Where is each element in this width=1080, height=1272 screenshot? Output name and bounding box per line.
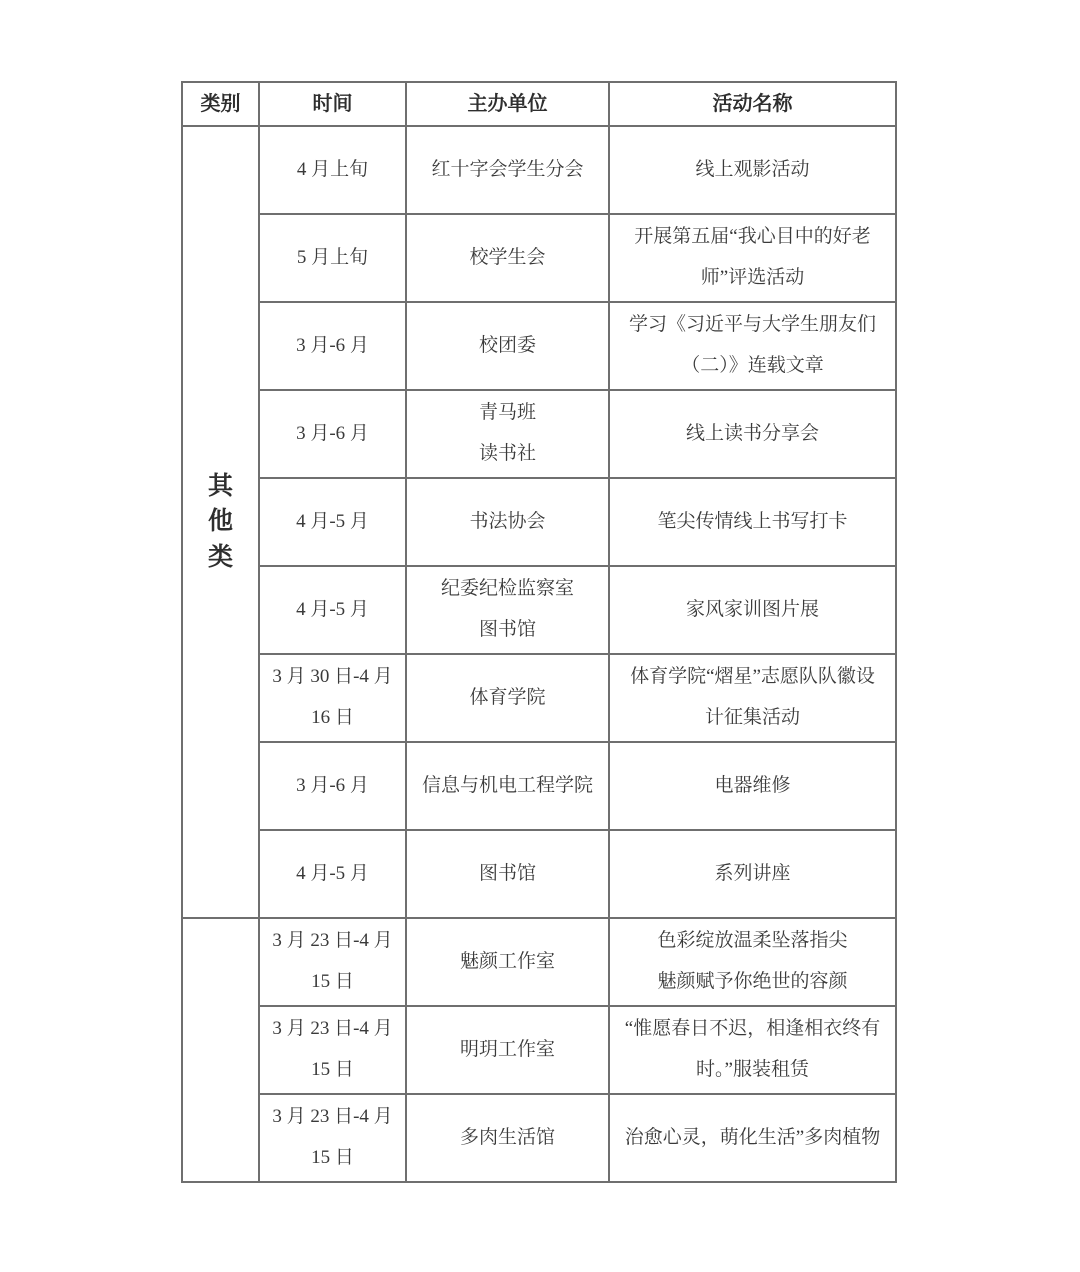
header-activity: 活动名称 — [609, 82, 896, 126]
cell-organizer: 多肉生活馆 — [406, 1094, 609, 1182]
cell-organizer: 信息与机电工程学院 — [406, 742, 609, 830]
activity-schedule-table-wrap: 类别 时间 主办单位 活动名称 其他类 4 月上旬 红十字会学生分会 线上观影活… — [181, 81, 897, 1183]
cell-organizer: 书法协会 — [406, 478, 609, 566]
cell-organizer: 魅颜工作室 — [406, 918, 609, 1006]
cell-organizer: 图书馆 — [406, 830, 609, 918]
header-time: 时间 — [259, 82, 406, 126]
header-category: 类别 — [182, 82, 259, 126]
cell-activity: 家风家训图片展 — [609, 566, 896, 654]
table-row: 3 月 23 日-4 月 15 日 明玥工作室 “惟愿春日不迟，相逢相衣终有 时… — [182, 1006, 896, 1094]
table-row: 3 月-6 月 校团委 学习《习近平与大学生朋友们 （二）》连载文章 — [182, 302, 896, 390]
category-cell-other: 其他类 — [182, 126, 259, 918]
cell-activity: 电器维修 — [609, 742, 896, 830]
category-cell-empty — [182, 918, 259, 1182]
table-row: 4 月-5 月 图书馆 系列讲座 — [182, 830, 896, 918]
cell-organizer: 校学生会 — [406, 214, 609, 302]
table-row: 5 月上旬 校学生会 开展第五届“我心目中的好老 师”评选活动 — [182, 214, 896, 302]
cell-organizer: 明玥工作室 — [406, 1006, 609, 1094]
cell-activity: 系列讲座 — [609, 830, 896, 918]
category-label: 其他类 — [207, 469, 235, 576]
table-row: 3 月-6 月 信息与机电工程学院 电器维修 — [182, 742, 896, 830]
cell-time: 4 月上旬 — [259, 126, 406, 214]
cell-time: 4 月-5 月 — [259, 830, 406, 918]
cell-organizer: 青马班 读书社 — [406, 390, 609, 478]
header-organizer: 主办单位 — [406, 82, 609, 126]
cell-activity: 开展第五届“我心目中的好老 师”评选活动 — [609, 214, 896, 302]
cell-organizer: 体育学院 — [406, 654, 609, 742]
table-row: 4 月-5 月 纪委纪检监察室 图书馆 家风家训图片展 — [182, 566, 896, 654]
table-row: 3 月 23 日-4 月 15 日 多肉生活馆 治愈心灵，萌化生活”多肉植物 — [182, 1094, 896, 1182]
cell-time: 3 月 23 日-4 月 15 日 — [259, 1006, 406, 1094]
table-row: 3 月 30 日-4 月 16 日 体育学院 体育学院“熠星”志愿队队徽设 计征… — [182, 654, 896, 742]
cell-activity: 线上读书分享会 — [609, 390, 896, 478]
cell-activity: 线上观影活动 — [609, 126, 896, 214]
cell-time: 4 月-5 月 — [259, 478, 406, 566]
cell-time: 3 月-6 月 — [259, 302, 406, 390]
cell-activity: 色彩绽放温柔坠落指尖 魅颜赋予你绝世的容颜 — [609, 918, 896, 1006]
table-header-row: 类别 时间 主办单位 活动名称 — [182, 82, 896, 126]
cell-activity: 学习《习近平与大学生朋友们 （二）》连载文章 — [609, 302, 896, 390]
cell-activity: 笔尖传情线上书写打卡 — [609, 478, 896, 566]
cell-activity: 治愈心灵，萌化生活”多肉植物 — [609, 1094, 896, 1182]
cell-organizer: 红十字会学生分会 — [406, 126, 609, 214]
cell-time: 4 月-5 月 — [259, 566, 406, 654]
cell-time: 3 月-6 月 — [259, 742, 406, 830]
cell-time: 5 月上旬 — [259, 214, 406, 302]
activity-schedule-table: 类别 时间 主办单位 活动名称 其他类 4 月上旬 红十字会学生分会 线上观影活… — [181, 81, 897, 1183]
cell-activity: “惟愿春日不迟，相逢相衣终有 时。”服装租赁 — [609, 1006, 896, 1094]
table-row: 3 月 23 日-4 月 15 日 魅颜工作室 色彩绽放温柔坠落指尖 魅颜赋予你… — [182, 918, 896, 1006]
cell-time: 3 月 23 日-4 月 15 日 — [259, 918, 406, 1006]
cell-organizer: 纪委纪检监察室 图书馆 — [406, 566, 609, 654]
table-row: 3 月-6 月 青马班 读书社 线上读书分享会 — [182, 390, 896, 478]
cell-time: 3 月-6 月 — [259, 390, 406, 478]
cell-activity: 体育学院“熠星”志愿队队徽设 计征集活动 — [609, 654, 896, 742]
table-row: 其他类 4 月上旬 红十字会学生分会 线上观影活动 — [182, 126, 896, 214]
cell-organizer: 校团委 — [406, 302, 609, 390]
cell-time: 3 月 30 日-4 月 16 日 — [259, 654, 406, 742]
table-row: 4 月-5 月 书法协会 笔尖传情线上书写打卡 — [182, 478, 896, 566]
cell-time: 3 月 23 日-4 月 15 日 — [259, 1094, 406, 1182]
